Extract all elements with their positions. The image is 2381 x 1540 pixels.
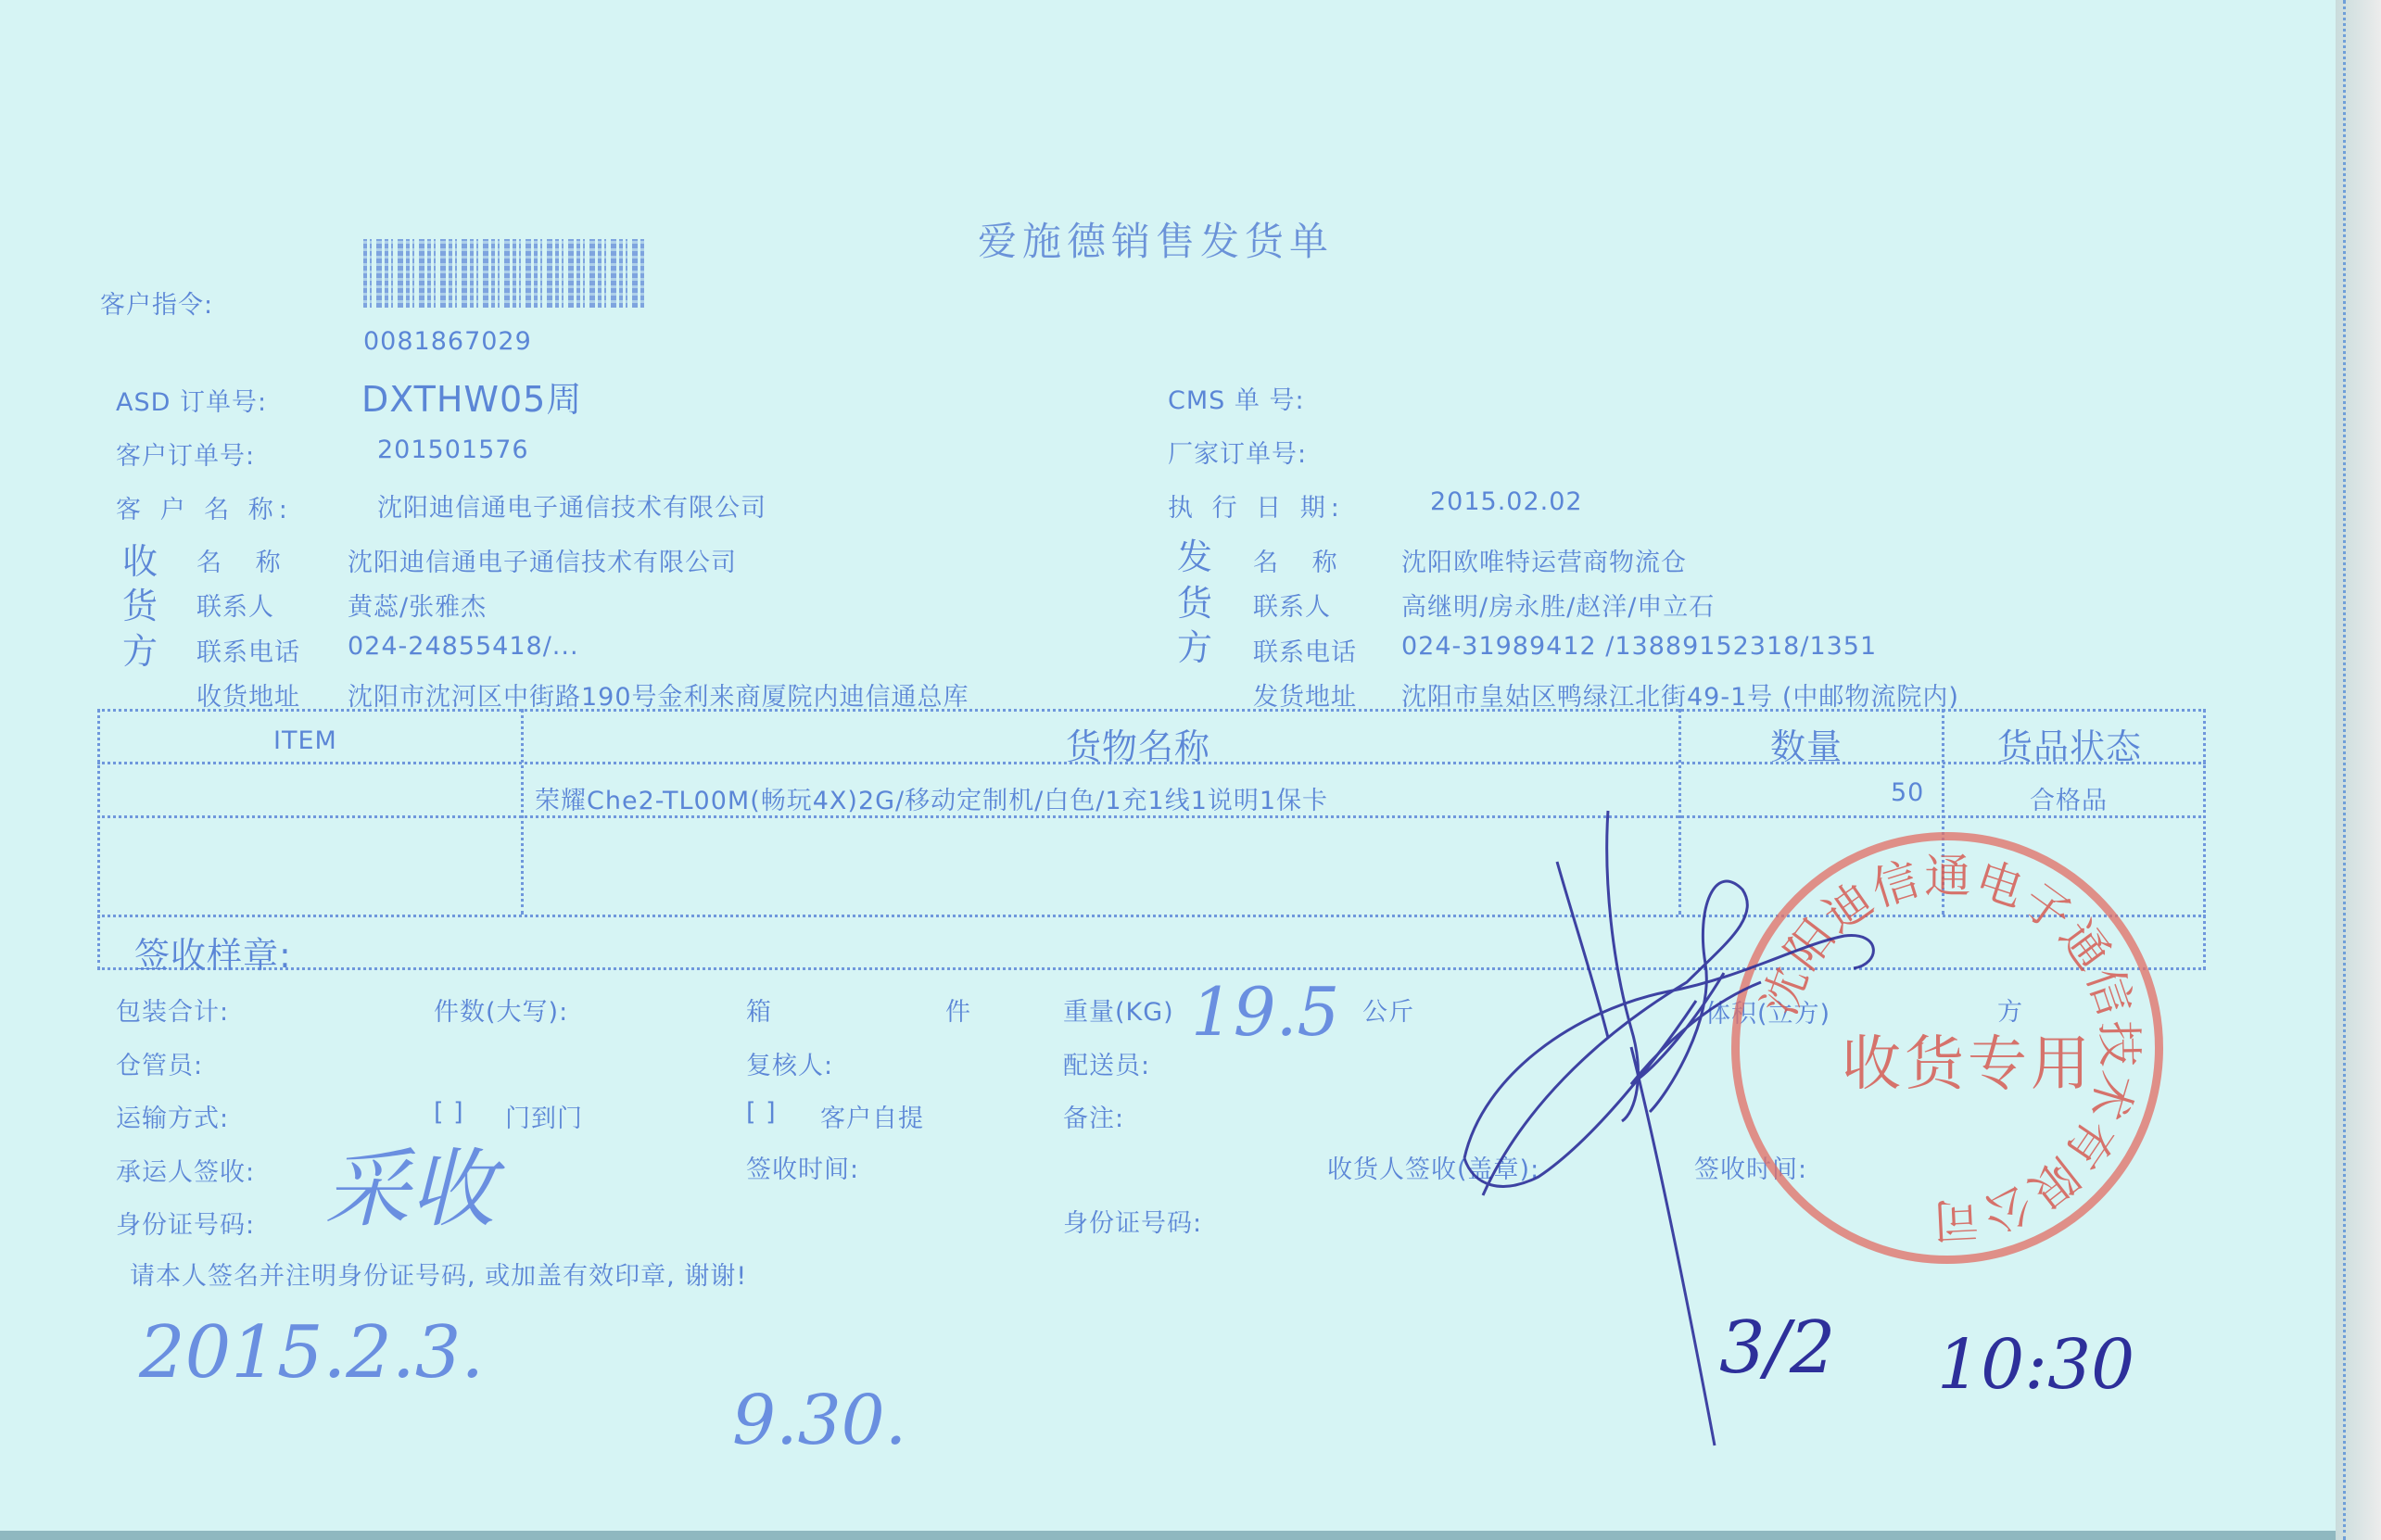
receiver-handwritten-signature: [0, 0, 2381, 1540]
